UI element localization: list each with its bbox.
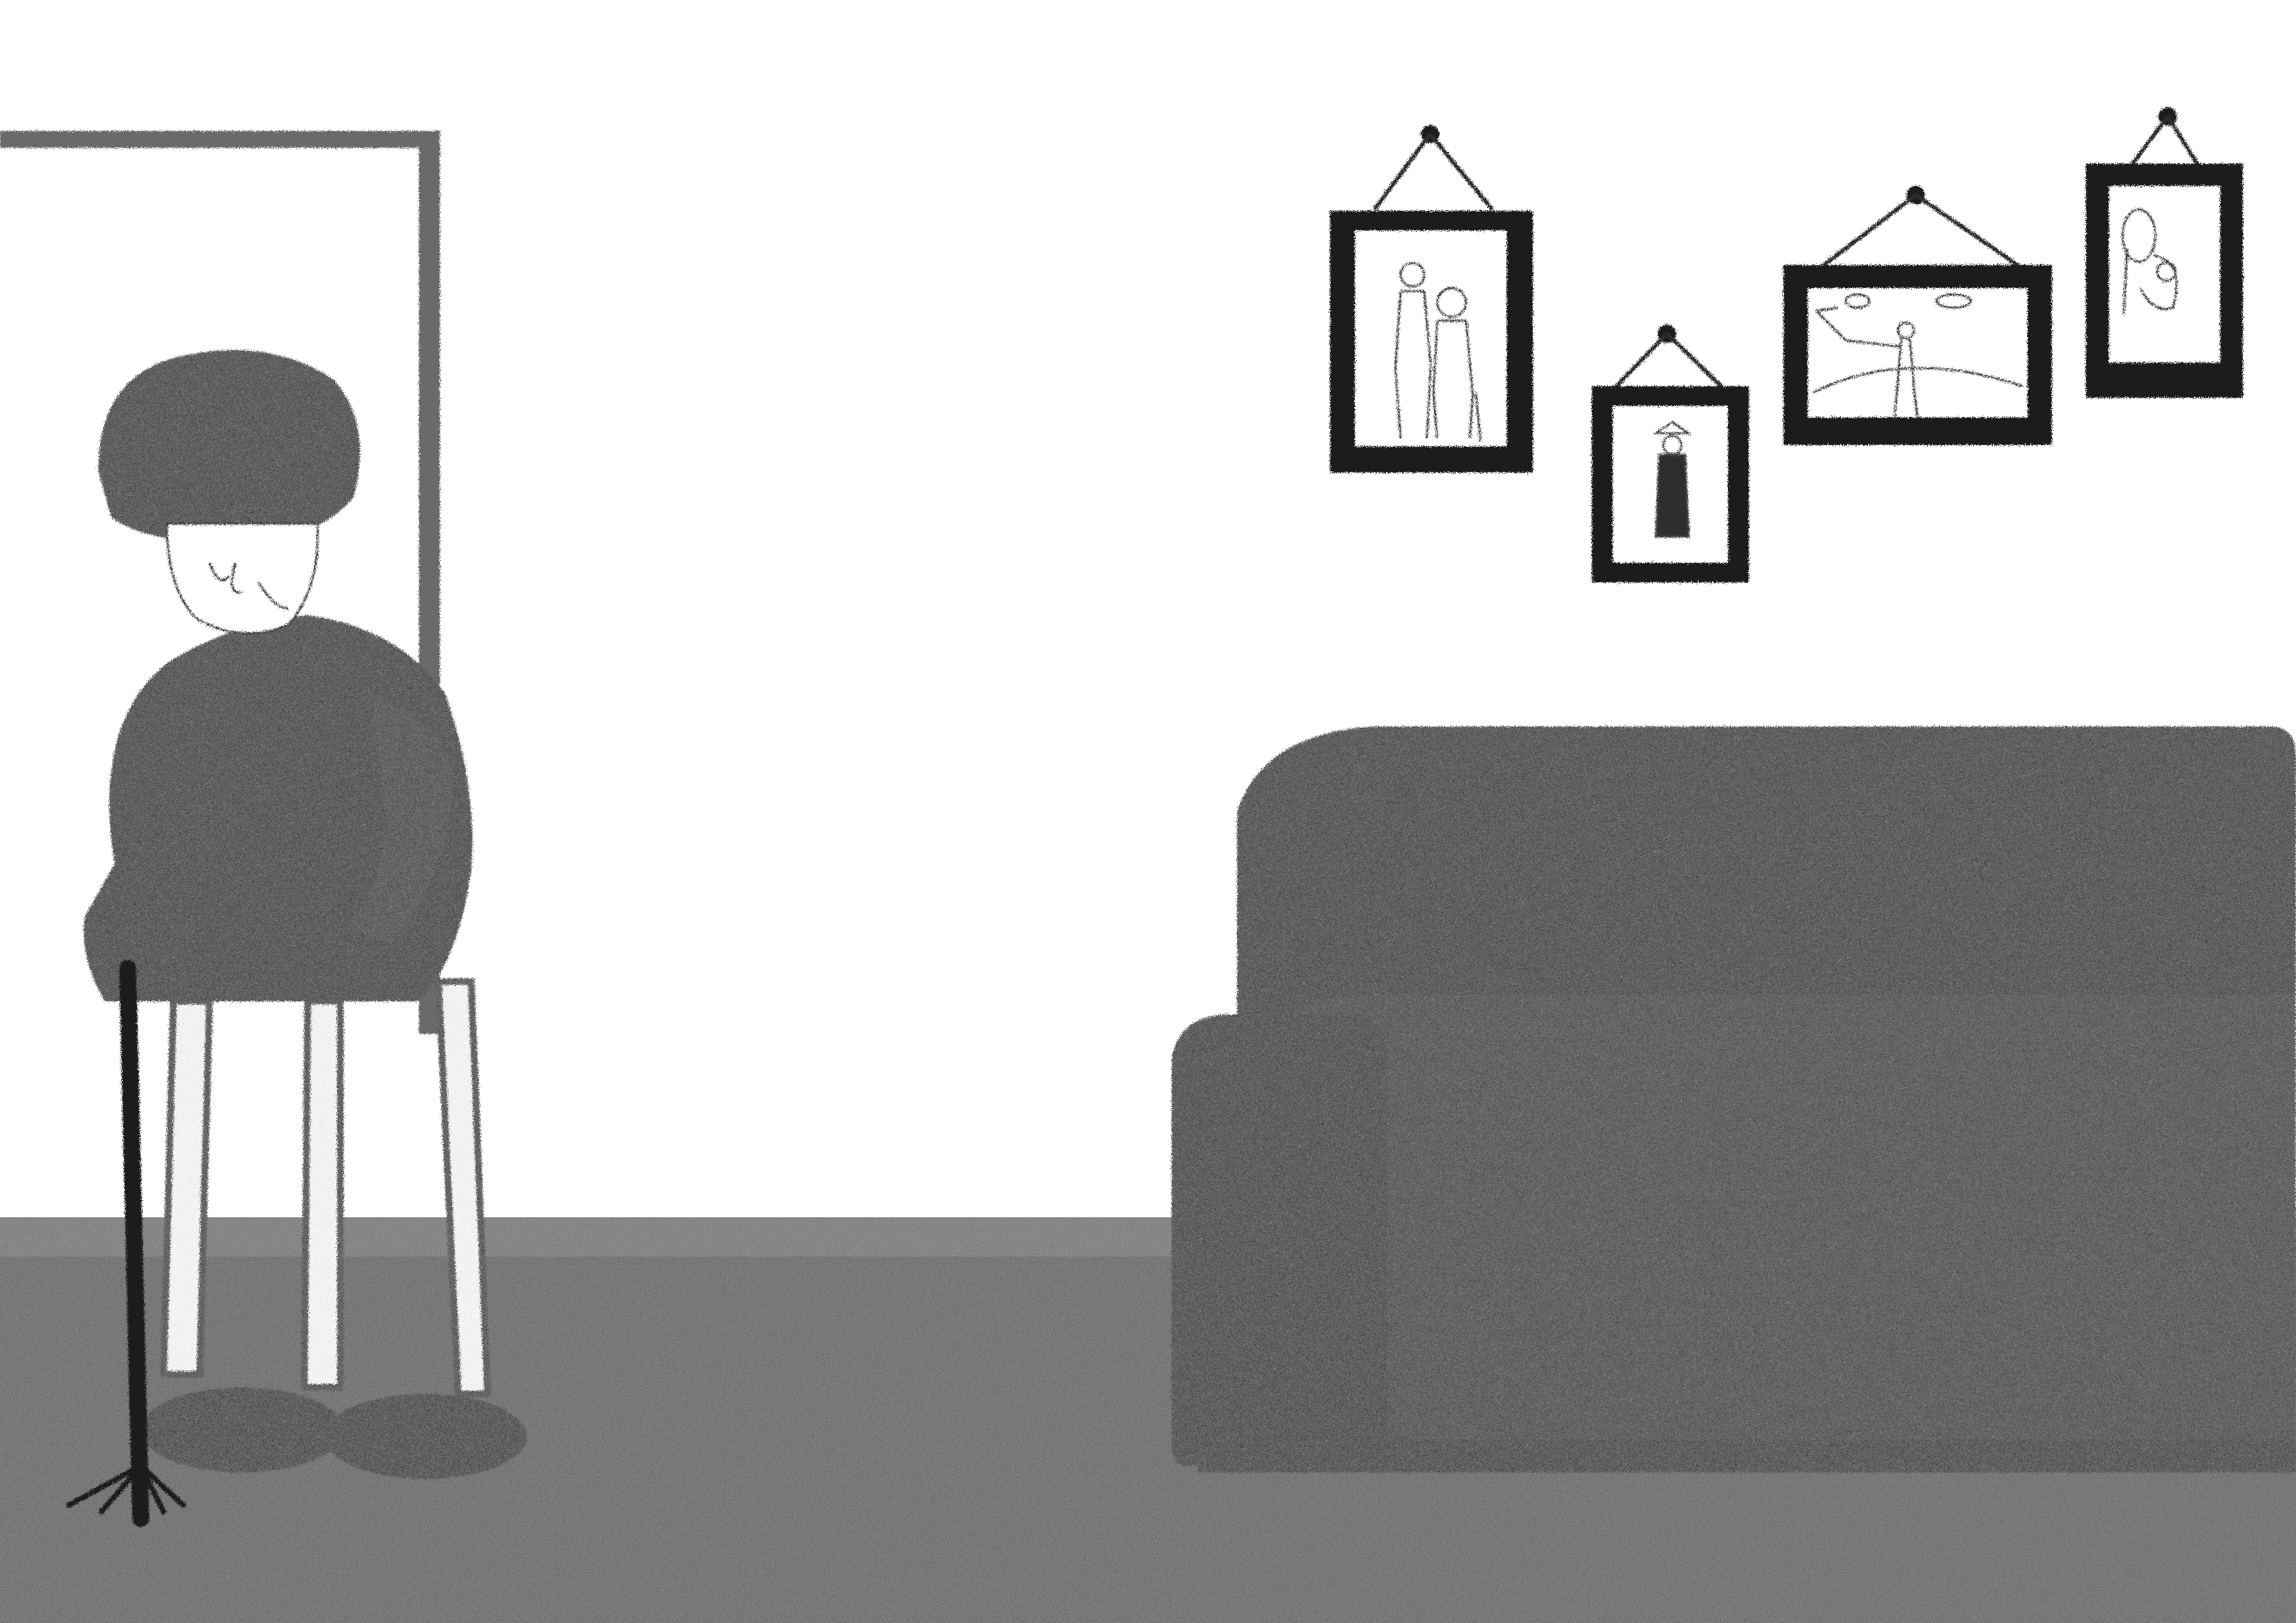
illustration (0, 0, 2296, 1623)
sofa (1172, 726, 2296, 1472)
